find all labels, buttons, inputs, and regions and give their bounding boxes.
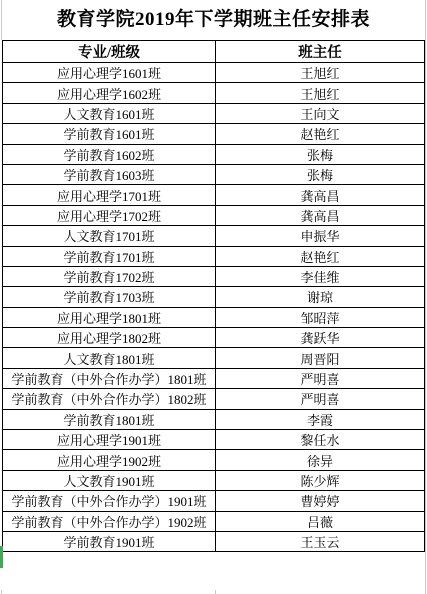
class-cell[interactable]: 应用心理学1801班 [3, 307, 216, 327]
teacher-cell[interactable]: 申振华 [216, 226, 425, 246]
sheet-canvas: 教育学院2019年下学期班主任安排表 专业/班级 班主任 应用心理学1601班王… [0, 0, 427, 594]
table-row: 学前教育1702班李佳维 [3, 266, 425, 286]
table-row: 应用心理学1802班龚跃华 [3, 328, 425, 348]
table-row: 学前教育1603班张梅 [3, 164, 425, 184]
gridline-bottom-left [1, 590, 2, 594]
class-cell[interactable]: 应用心理学1902班 [3, 450, 216, 470]
teacher-cell[interactable]: 王旭红 [216, 83, 425, 103]
table-row: 应用心理学1602班王旭红 [3, 83, 425, 103]
table-row: 学前教育1703班谢琼 [3, 287, 425, 307]
teacher-cell[interactable]: 李霞 [216, 409, 425, 429]
class-cell[interactable]: 学前教育1603班 [3, 164, 216, 184]
class-cell[interactable]: 应用心理学1802班 [3, 328, 216, 348]
teacher-cell[interactable]: 严明喜 [216, 389, 425, 409]
table-row: 应用心理学1702班龚高昌 [3, 205, 425, 225]
table-row: 学前教育（中外合作办学）1902班吕薇 [3, 511, 425, 531]
class-cell[interactable]: 应用心理学1601班 [3, 63, 216, 83]
table-row: 学前教育1602班张梅 [3, 144, 425, 164]
class-cell[interactable]: 应用心理学1701班 [3, 185, 216, 205]
table-row: 学前教育（中外合作办学）1802班严明喜 [3, 389, 425, 409]
class-cell[interactable]: 学前教育1702班 [3, 266, 216, 286]
table-row: 学前教育1801班李霞 [3, 409, 425, 429]
teacher-cell[interactable]: 赵艳红 [216, 246, 425, 266]
class-cell[interactable]: 人文教育1601班 [3, 103, 216, 123]
teacher-cell[interactable]: 徐异 [216, 450, 425, 470]
header-teacher-column[interactable]: 班主任 [216, 41, 425, 63]
class-cell[interactable]: 人文教育1801班 [3, 348, 216, 368]
class-cell[interactable]: 学前教育1602班 [3, 144, 216, 164]
table-row: 应用心理学1901班黎任水 [3, 430, 425, 450]
gridline-bottom-mid [215, 590, 216, 594]
class-cell[interactable]: 学前教育（中外合作办学）1801班 [3, 368, 216, 388]
teacher-cell[interactable]: 龚高昌 [216, 205, 425, 225]
class-cell[interactable]: 学前教育1703班 [3, 287, 216, 307]
teacher-cell[interactable]: 黎任水 [216, 430, 425, 450]
header-row: 专业/班级 班主任 [3, 41, 425, 63]
teacher-cell[interactable]: 曹婷婷 [216, 491, 425, 511]
class-cell[interactable]: 应用心理学1602班 [3, 83, 216, 103]
class-cell[interactable]: 学前教育（中外合作办学）1802班 [3, 389, 216, 409]
class-cell[interactable]: 学前教育1901班 [3, 531, 216, 551]
class-cell[interactable]: 学前教育（中外合作办学）1901班 [3, 491, 216, 511]
table-row: 应用心理学1701班龚高昌 [3, 185, 425, 205]
class-cell[interactable]: 应用心理学1901班 [3, 430, 216, 450]
table-row: 人文教育1601班王向文 [3, 103, 425, 123]
class-cell[interactable]: 学前教育1701班 [3, 246, 216, 266]
teacher-cell[interactable]: 龚高昌 [216, 185, 425, 205]
teacher-cell[interactable]: 谢琼 [216, 287, 425, 307]
teacher-cell[interactable]: 王玉云 [216, 531, 425, 551]
table-row: 应用心理学1801班邹昭萍 [3, 307, 425, 327]
page-title: 教育学院2019年下学期班主任安排表 [0, 0, 427, 40]
teacher-cell[interactable]: 王向文 [216, 103, 425, 123]
table-row: 学前教育1601班赵艳红 [3, 124, 425, 144]
gridline-left [1, 0, 2, 40]
class-cell[interactable]: 人文教育1701班 [3, 226, 216, 246]
teacher-cell[interactable]: 龚跃华 [216, 328, 425, 348]
teacher-cell[interactable]: 张梅 [216, 164, 425, 184]
table-row: 人文教育1701班申振华 [3, 226, 425, 246]
class-cell[interactable]: 学前教育1601班 [3, 124, 216, 144]
table-row: 学前教育（中外合作办学）1901班曹婷婷 [3, 491, 425, 511]
class-cell[interactable]: 人文教育1901班 [3, 470, 216, 490]
homeroom-table: 专业/班级 班主任 应用心理学1601班王旭红应用心理学1602班王旭红人文教育… [2, 40, 425, 552]
class-cell[interactable]: 应用心理学1702班 [3, 205, 216, 225]
table-row: 学前教育1901班王玉云 [3, 531, 425, 551]
table-row: 应用心理学1902班徐异 [3, 450, 425, 470]
teacher-cell[interactable]: 李佳维 [216, 266, 425, 286]
teacher-cell[interactable]: 吕薇 [216, 511, 425, 531]
table-row: 人文教育1801班周晋阳 [3, 348, 425, 368]
gridline-right [425, 0, 426, 594]
selected-cell-marker [0, 546, 3, 568]
teacher-cell[interactable]: 邹昭萍 [216, 307, 425, 327]
teacher-cell[interactable]: 张梅 [216, 144, 425, 164]
table-row: 学前教育（中外合作办学）1801班严明喜 [3, 368, 425, 388]
class-cell[interactable]: 学前教育（中外合作办学）1902班 [3, 511, 216, 531]
teacher-cell[interactable]: 周晋阳 [216, 348, 425, 368]
teacher-cell[interactable]: 严明喜 [216, 368, 425, 388]
teacher-cell[interactable]: 陈少辉 [216, 470, 425, 490]
teacher-cell[interactable]: 王旭红 [216, 63, 425, 83]
header-class-column[interactable]: 专业/班级 [3, 41, 216, 63]
table-row: 应用心理学1601班王旭红 [3, 63, 425, 83]
class-cell[interactable]: 学前教育1801班 [3, 409, 216, 429]
table-row: 学前教育1701班赵艳红 [3, 246, 425, 266]
teacher-cell[interactable]: 赵艳红 [216, 124, 425, 144]
table-row: 人文教育1901班陈少辉 [3, 470, 425, 490]
